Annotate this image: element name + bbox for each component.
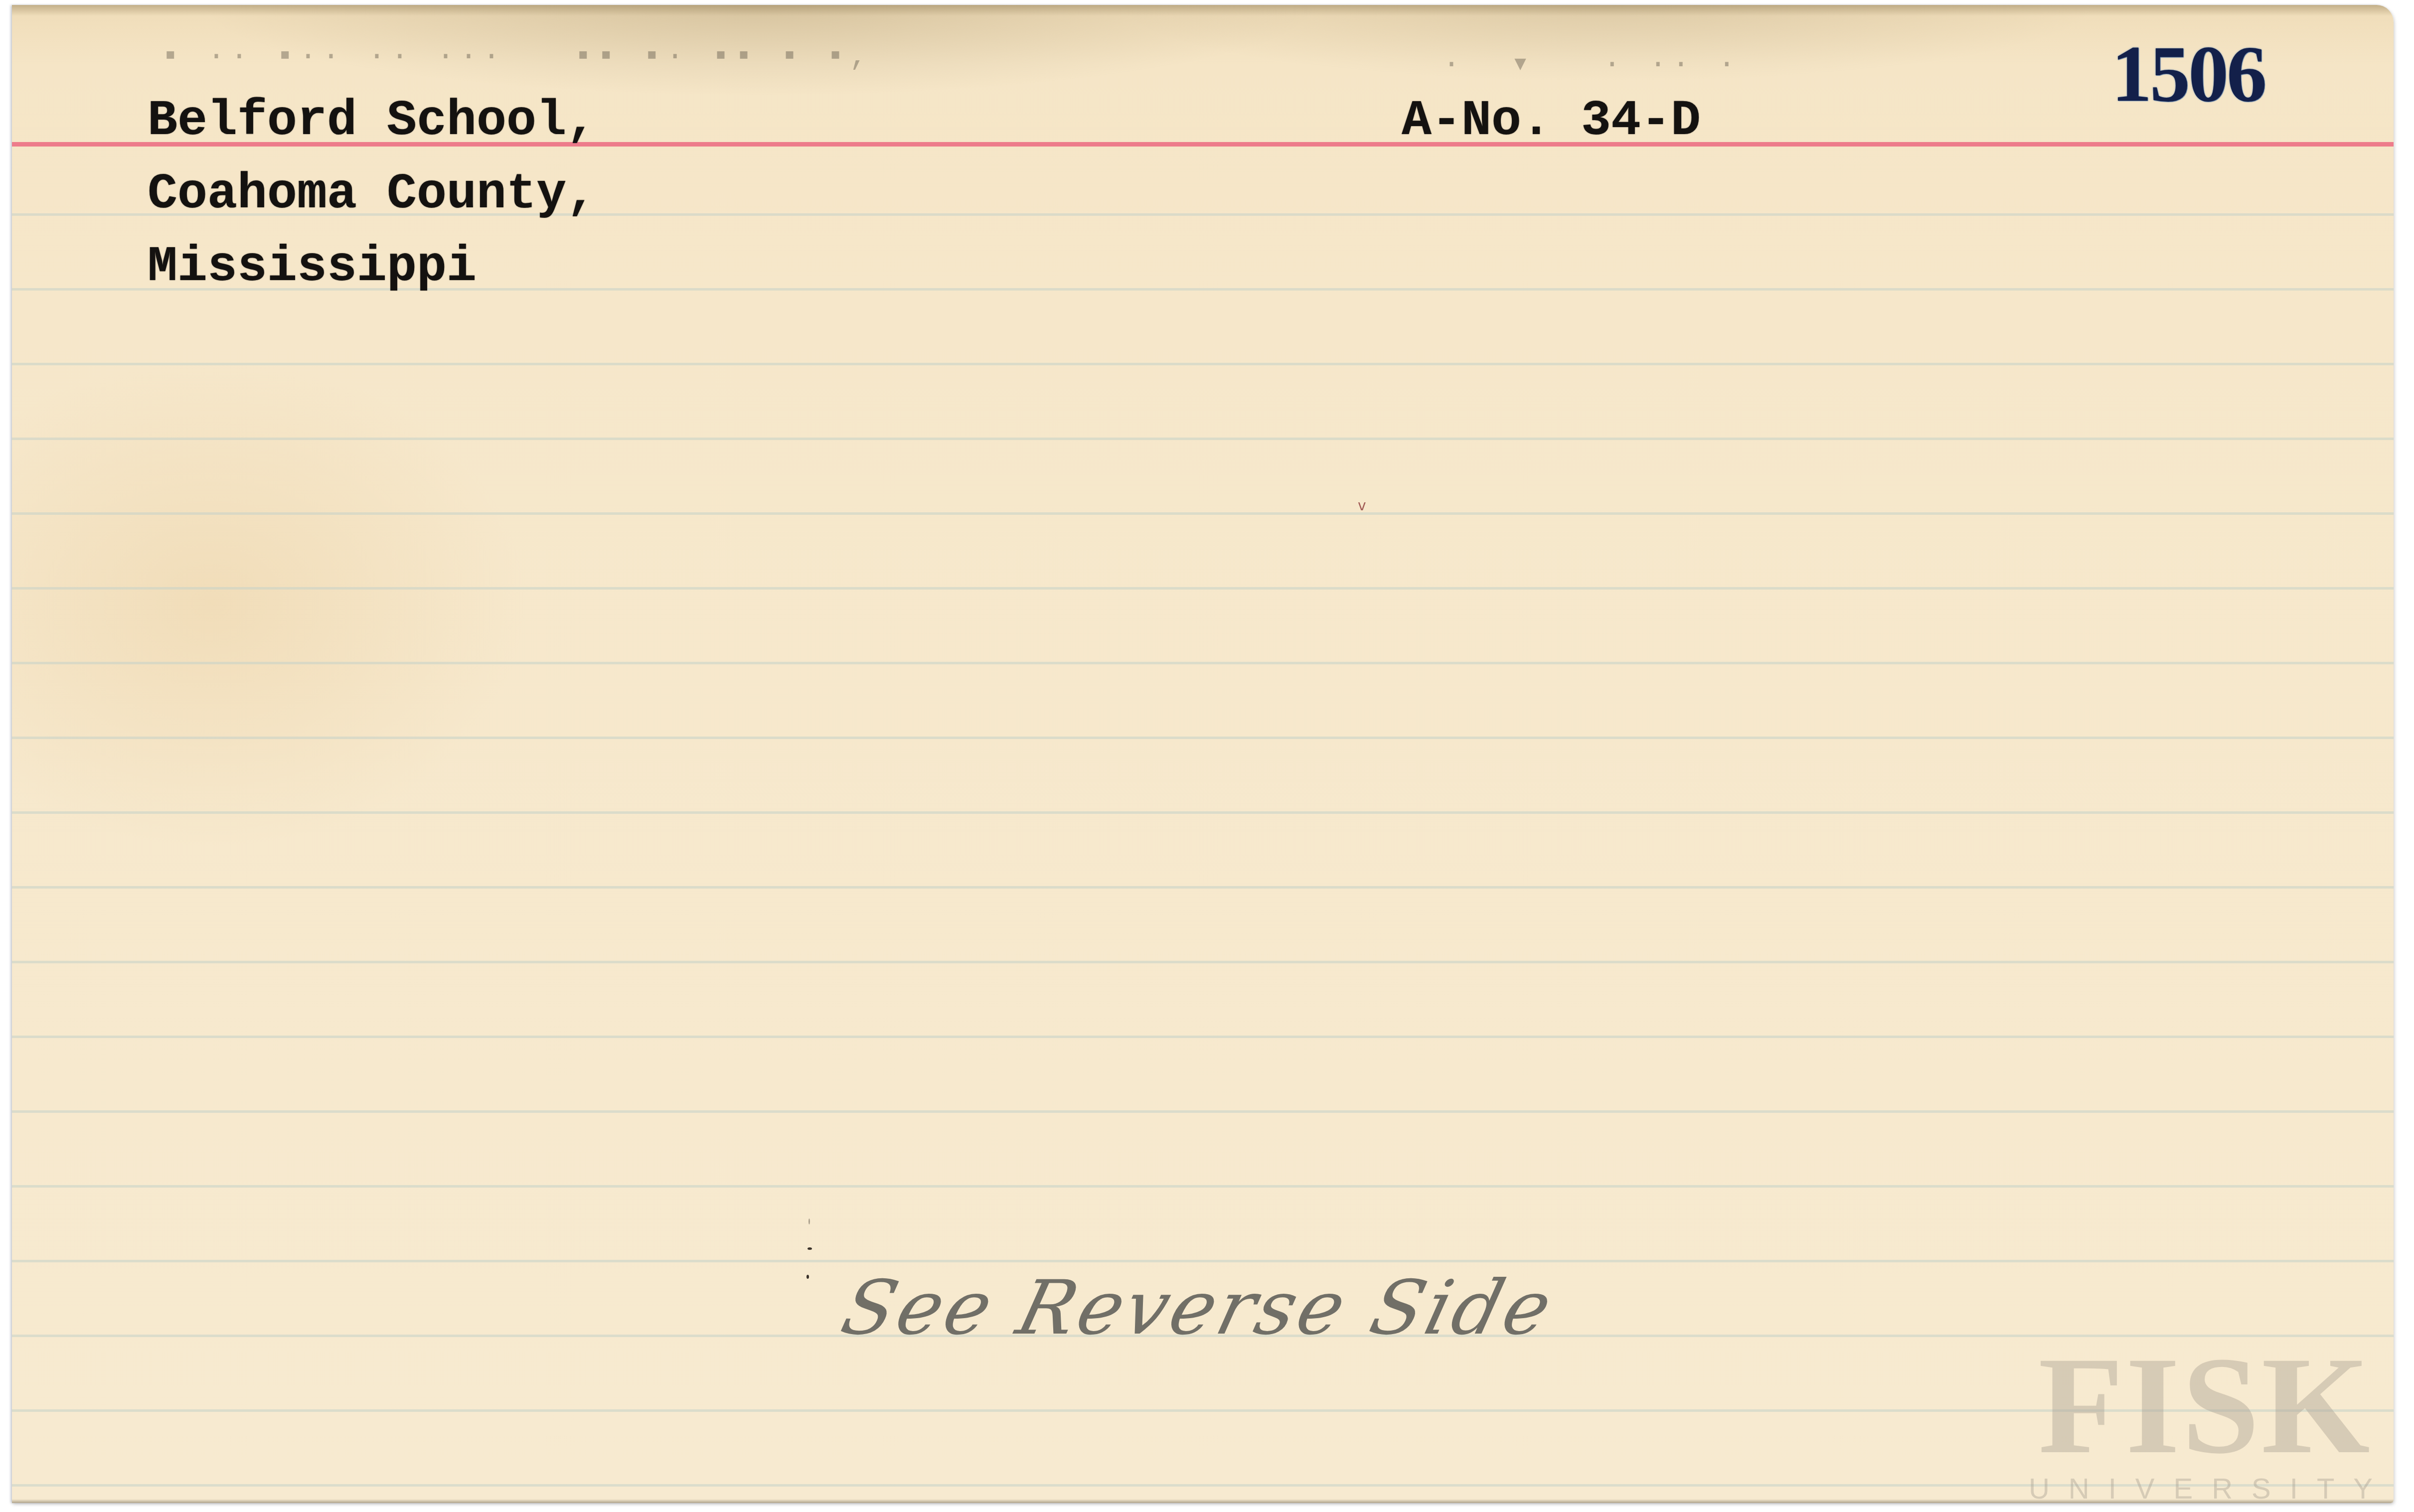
typed-school-name: Belford School, — [148, 97, 596, 147]
ruled-line — [12, 737, 2394, 739]
faint-typed-remnant-left: ▪ ·· ▪·· ·· ··· ▪▪ ▪· ▪▪ ▪ ▪, — [161, 40, 872, 74]
red-tick-mark: v — [1358, 497, 1366, 514]
ruled-line — [12, 363, 2394, 365]
ruled-line — [12, 1260, 2394, 1262]
scanned-document: ▪ ·· ▪·· ·· ··· ▪▪ ▪· ▪▪ ▪ ▪, · ▾ · ·· ·… — [0, 0, 2414, 1512]
ruled-line — [12, 886, 2394, 889]
ruled-line — [12, 512, 2394, 515]
worn-top-edge — [12, 5, 2394, 16]
typed-state: Mississippi — [148, 243, 477, 293]
ruled-line — [12, 961, 2394, 963]
ink-speck — [806, 1275, 809, 1279]
ruled-line — [12, 438, 2394, 440]
ink-speck — [807, 1247, 812, 1250]
fisk-university-watermark: FISK UNIVERSITY — [2008, 1346, 2394, 1503]
handwritten-note: See Reverse Side — [834, 1266, 1563, 1351]
typed-reference-number: A-No. 34-D — [1402, 97, 1701, 147]
ruled-line — [12, 811, 2394, 814]
ruled-line — [12, 1484, 2394, 1487]
watermark-fisk: FISK — [2008, 1346, 2394, 1465]
ruled-line — [12, 1409, 2394, 1412]
ink-speck — [808, 1218, 810, 1224]
ruled-line — [12, 1036, 2394, 1038]
ruled-line — [12, 662, 2394, 664]
faint-typed-remnant-right: · ▾ · ·· · — [1443, 45, 1741, 82]
stamped-accession-number: 1506 — [2111, 34, 2265, 115]
index-card: ▪ ·· ▪·· ·· ··· ▪▪ ▪· ▪▪ ▪ ▪, · ▾ · ·· ·… — [12, 5, 2394, 1503]
ruled-line — [12, 1185, 2394, 1188]
typed-county: Coahoma County, — [148, 170, 596, 220]
ruled-line — [12, 1110, 2394, 1113]
ruled-line — [12, 587, 2394, 590]
worn-bottom-edge — [12, 1499, 2394, 1503]
